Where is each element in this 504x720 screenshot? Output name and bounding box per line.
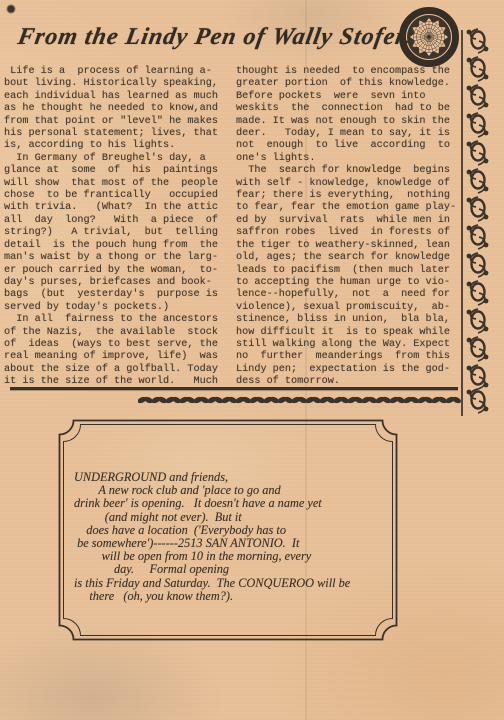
text-line: old, ages; the search for knowledge <box>236 252 458 264</box>
text-line: string?) A trivial, but telling <box>4 227 226 239</box>
text-line: leads to pacifism (then much later <box>236 265 458 277</box>
text-line: one's lights. <box>236 153 458 165</box>
page-title: From the Lindy Pen of Wally Stofer. . . <box>16 24 411 51</box>
text-line: er pouch carried by the woman, to- <box>4 265 226 277</box>
text-line: glance at some of his paintings <box>4 165 226 177</box>
article-right-column: thought is needed to encompass thegreate… <box>236 66 458 389</box>
text-line: real meaning of improve, life) was <box>4 351 226 363</box>
text-line: bout living. Historically speaking, <box>4 78 226 90</box>
text-line: drink beer' is opening. It doesn't have … <box>74 497 392 510</box>
text-line: with self - knowledge, knowledge of <box>236 178 458 190</box>
text-line: In all fairness to the ancestors <box>4 314 226 326</box>
text-line: as he thought he needed to know,and <box>4 103 226 115</box>
text-line: made. It was not enough to skin the <box>236 116 458 128</box>
text-line: is this Friday and Saturday. The CONQUER… <box>74 577 392 590</box>
text-line: thought is needed to encompass the <box>236 66 458 78</box>
text-line: his personal statement; lives, that <box>4 128 226 140</box>
text-line: Life is a process of learning a- <box>4 66 226 78</box>
text-line: still walking along the Way. Expect <box>236 339 458 351</box>
text-line: the tiger to weathery-skinned, lean <box>236 240 458 252</box>
text-line: will show that most of the people <box>4 178 226 190</box>
text-line: bags (but yesterday's purpose is <box>4 289 226 301</box>
text-line: to fear, fear the emotion game play- <box>236 202 458 214</box>
text-line: of the Nazis, the available stock <box>4 327 226 339</box>
text-line: there (oh, you know them?). <box>74 590 392 603</box>
text-line: stinence, bliss in union, bla bla, <box>236 314 458 326</box>
text-line: how difficult it is to speak while <box>236 327 458 339</box>
text-line: lence--hopefully, not a need for <box>236 289 458 301</box>
text-line: The search for knowledge begins <box>236 165 458 177</box>
text-line: about the size of a golfball. Today <box>4 364 226 376</box>
text-line: from that point or "level" he makes <box>4 116 226 128</box>
text-line: fear; there is everything, nothing <box>236 190 458 202</box>
text-line: Before pockets were sevn into <box>236 91 458 103</box>
text-line: of ideas (ways to best serve, the <box>4 339 226 351</box>
text-line: saffron robes lived in forests of <box>236 227 458 239</box>
text-line: deer. Today, I mean to say, it is <box>236 128 458 140</box>
text-line: no further meanderings from this <box>236 351 458 363</box>
text-line: ed by survival rats while men in <box>236 215 458 227</box>
text-line: detail is the pouch hung from the <box>4 240 226 252</box>
article-left-column: Life is a process of learning a-bout liv… <box>4 66 226 389</box>
text-line: Lindy pen; expectation is the god- <box>236 364 458 376</box>
article-body: Life is a process of learning a-bout liv… <box>4 66 458 389</box>
text-line: to accepting the human urge to vio- <box>236 277 458 289</box>
scallop-band-ornament <box>138 394 462 406</box>
mandala-rosette-icon <box>398 6 460 68</box>
text-line: is, according to his lights. <box>4 140 226 152</box>
text-line: served by today's pockets.) <box>4 302 226 314</box>
text-line: each individual has learned as much <box>4 91 226 103</box>
text-line: not enough to live according to <box>236 140 458 152</box>
text-line: all day long? With a piece of <box>4 215 226 227</box>
text-line: In Germany of Breughel's day, a <box>4 153 226 165</box>
horizontal-rule <box>10 387 458 390</box>
zine-page: From the Lindy Pen of Wally Stofer. . . <box>0 0 504 720</box>
text-line: with trivia. (What? In the attic <box>4 202 226 214</box>
text-line: violence), sexual promiscuity, ab- <box>236 302 458 314</box>
text-line: (and might not ever). But it <box>74 511 392 524</box>
vine-border-ornament <box>452 26 504 418</box>
text-line: day. Formal opening <box>74 563 392 576</box>
text-line: weskits the connection had to be <box>236 103 458 115</box>
text-line: greater portion of this knowledge. <box>236 78 458 90</box>
text-line: day's purses, briefcases and book- <box>4 277 226 289</box>
text-line: chose to be frantically occupied <box>4 190 226 202</box>
announcement-text: UNDERGROUND and friends, A new rock club… <box>74 471 392 603</box>
text-line: man's waist by a thong or the larg- <box>4 252 226 264</box>
